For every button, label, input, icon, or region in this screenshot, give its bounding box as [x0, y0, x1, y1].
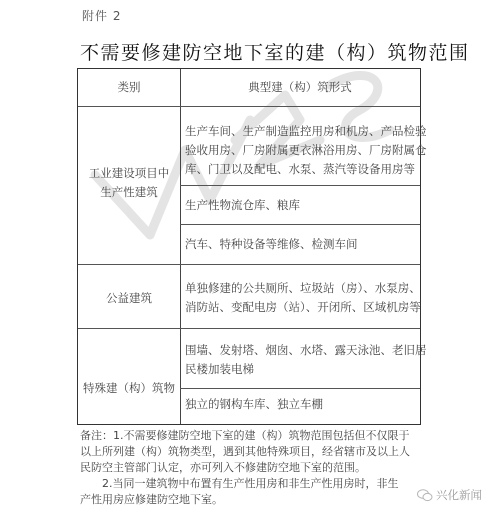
row-divider [78, 106, 420, 107]
notes: 备注：1.不需要修建防空地下室的建（构）筑物范围包括但不仅限于 以上所列建（构）… [80, 428, 420, 508]
row-divider [180, 185, 420, 186]
table-cell-item: 围墙、发射塔、烟囱、水塔、露天泳池、老旧居 民楼加装电梯 [185, 341, 427, 379]
table-cell-item: 生产车间、生产制造监控用房和机房、产品检验 验收用房、厂房附属更衣淋浴用房、厂房… [185, 122, 427, 179]
category-special: 特殊建（构）筑物 [78, 379, 180, 398]
attachment-label: 附件 2 [82, 7, 121, 24]
row-divider [78, 328, 420, 329]
row-divider [180, 224, 420, 225]
table-cell-item: 单独修建的公共厕所、垃圾站（房）、水泵房、 消防站、变配电房（站）、开闭所、区域… [185, 279, 421, 317]
table-cell-item: 生产性物流仓库、粮库 [185, 196, 300, 215]
note-line: 产性用房应修建防空地下室。 [80, 492, 420, 508]
building-scope-table: 类别 典型建（构）筑形式 工业建设项目中 生产性建筑 生产车间、生产制造监控用房… [77, 68, 421, 425]
source-logo: 兴化新闻 [417, 487, 482, 503]
column-divider [180, 69, 181, 424]
column-header-category: 类别 [78, 78, 180, 97]
note-line: 民防空主管部门认定，亦可列入不修建防空地下室的范围。 [80, 460, 420, 476]
document-title: 不需要修建防空地下室的建（构）筑物范围 [80, 38, 470, 65]
row-divider [78, 264, 420, 265]
source-logo-label: 兴化新闻 [436, 487, 482, 503]
wechat-icon [417, 489, 433, 502]
row-divider [180, 388, 420, 389]
table-cell-item: 汽车、特种设备等维修、检测车间 [185, 235, 358, 254]
note-line: 备注：1.不需要修建防空地下室的建（构）筑物范围包括但不仅限于 [80, 428, 420, 444]
category-public: 公益建筑 [78, 289, 180, 308]
category-industrial: 工业建设项目中 生产性建筑 [78, 164, 180, 202]
note-line: 2.当同一建筑物中布置有生产性用房和非生产性用房时，非生 [80, 476, 420, 492]
table-cell-item: 独立的钢构车库、独立车棚 [185, 395, 323, 414]
column-header-forms: 典型建（构）筑形式 [180, 78, 420, 97]
note-line: 以上所列建（构）筑物类型，遇到其他特殊项目，经省辖市及以上人 [80, 444, 420, 460]
